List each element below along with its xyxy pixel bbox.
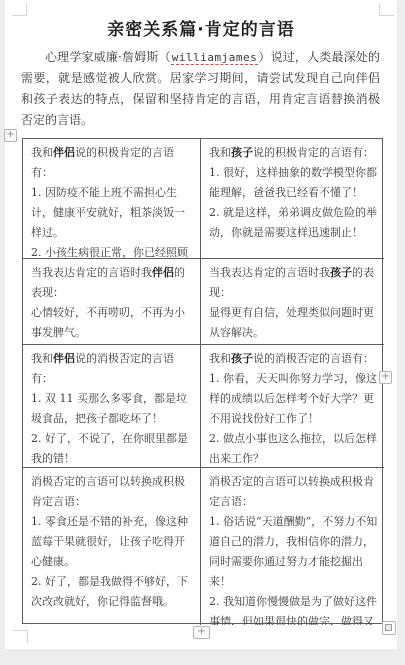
cell-heading-text: 我和 <box>209 352 231 365</box>
cell-heading-text: 消极否定的言语可以转换成积极肯定言语： <box>209 475 374 508</box>
table-cell-child-negative[interactable]: 我和孩子说的消极否定的言语有： 1. 你看，天天叫你努力学习，像这样的成绩以后怎… <box>201 345 384 468</box>
cell-heading-text: 说的积极肯定的言语有： <box>253 146 374 159</box>
cell-line: 1. 很好，这样抽象的数学模型你都能理解，爸爸我已经看不懂了！ <box>209 163 378 203</box>
margin-crop-mark <box>379 3 394 16</box>
cell-heading: 消极否定的言语可以转换成积极肯定言语： <box>31 472 194 512</box>
table-insert-plus-bottom-icon[interactable]: + <box>193 626 210 639</box>
cell-line: 1. 俗话说“天道酬勤”，不努力不知道自己的潜力，我相信你的潜力，同时需要你通过… <box>209 512 378 592</box>
cell-heading: 当我表达肯定的言语时我伴侣的表现： <box>31 263 194 303</box>
cell-heading-bold: 孩子 <box>330 266 352 279</box>
cell-line: 1. 零食还是不错的补充，像这种蓝莓干果就很好，让孩子吃得开心健康。 <box>31 512 194 572</box>
table-cell-child-positive[interactable]: 我和孩子说的积极肯定的言语有： 1. 很好，这样抽象的数学模型你都能理解，爸爸我… <box>201 139 384 259</box>
cell-line: 2. 好了，都是我做得不够好，下次改改就好，你记得监督哦。 <box>31 572 194 612</box>
cell-heading-text: 消极否定的言语可以转换成积极肯定言语： <box>31 475 185 508</box>
cell-heading: 消极否定的言语可以转换成积极肯定言语： <box>209 472 378 512</box>
table-insert-plus-right-icon[interactable]: + <box>379 371 392 384</box>
spellcheck-underlined-word: williamjames <box>171 51 258 65</box>
cell-line: 1. 因防疫不能上班不需担心生计，健康平安就好，粗茶淡饭一样过。 <box>31 183 194 243</box>
cell-heading-text: 我和 <box>31 352 53 365</box>
cell-line: 2. 好了，不说了，在你眼里都是我的错！ <box>31 429 194 468</box>
intro-paragraph: 心理学家威廉·詹姆斯（williamjames）说过，人类最深处的需要，就是感觉… <box>21 47 380 131</box>
cell-heading-bold: 伴侣 <box>53 146 75 159</box>
cell-heading-bold: 伴侣 <box>53 352 75 365</box>
cell-heading: 我和孩子说的消极否定的言语有： <box>209 349 378 369</box>
table-resize-handle-icon[interactable] <box>382 621 396 635</box>
table-move-handle-icon[interactable]: + <box>4 129 17 142</box>
cell-line: 1. 双 11 买那么多零食，都是垃圾食品，把孩子都吃坏了！ <box>31 389 194 429</box>
cell-line: 显得更有自信，处理类似问题时更从容解决。 <box>209 303 378 343</box>
table-cell-child-reaction[interactable]: 当我表达肯定的言语时我孩子的表现： 显得更有自信，处理类似问题时更从容解决。 <box>201 259 384 345</box>
practice-table: 我和伴侣说的积极肯定的言语有： 1. 因防疫不能上班不需担心生计，健康平安就好，… <box>22 138 383 624</box>
margin-crop-mark <box>13 630 28 643</box>
cell-heading: 当我表达肯定的言语时我孩子的表现： <box>209 263 378 303</box>
cell-line: 2. 我知道你慢慢做是为了做好这件事情，但如果很快的做完，做得又好，那不是更完美… <box>209 592 378 625</box>
table-cell-partner-positive[interactable]: 我和伴侣说的积极肯定的言语有： 1. 因防疫不能上班不需担心生计，健康平安就好，… <box>23 139 201 259</box>
table-cell-partner-reaction[interactable]: 当我表达肯定的言语时我伴侣的表现： 心情较好，不再唠叨，不再为小事发脾气。 <box>23 259 201 345</box>
cell-line: 2. 小孩生病很正常，你已经照顾得很细致，生病本来就是小孩构建免疫系统的必需过程… <box>31 243 194 259</box>
cell-heading-bold: 伴侣 <box>152 266 174 279</box>
cell-heading-bold: 孩子 <box>231 352 253 365</box>
cell-heading: 我和孩子说的积极肯定的言语有： <box>209 143 378 163</box>
cell-heading-text: 我和 <box>209 146 231 159</box>
cell-heading: 我和伴侣说的积极肯定的言语有： <box>31 143 194 183</box>
table-cell-partner-convert[interactable]: 消极否定的言语可以转换成积极肯定言语： 1. 零食还是不错的补充，像这种蓝莓干果… <box>23 468 201 625</box>
margin-crop-mark <box>12 3 27 16</box>
document-page: 亲密关系篇·肯定的言语 心理学家威廉·詹姆斯（williamjames）说过，人… <box>5 0 397 649</box>
table-cell-child-convert[interactable]: 消极否定的言语可以转换成积极肯定言语： 1. 俗话说“天道酬勤”，不努力不知道自… <box>201 468 384 625</box>
table-cell-partner-negative[interactable]: 我和伴侣说的消极否定的言语有： 1. 双 11 买那么多零食，都是垃圾食品，把孩… <box>23 345 201 468</box>
cell-heading: 我和伴侣说的消极否定的言语有： <box>31 349 194 389</box>
cell-heading-text: 当我表达肯定的言语时我 <box>209 266 330 279</box>
cell-heading-bold: 孩子 <box>231 146 253 159</box>
resize-square-icon <box>385 624 392 631</box>
cell-line: 2. 就是这样，弟弟调皮做危险的举动，你就是需要这样迅速制止！ <box>209 203 378 243</box>
page-title: 亲密关系篇·肯定的言语 <box>15 15 387 40</box>
cell-line: 2. 做点小事也这么拖拉，以后怎样出来工作？ <box>209 429 378 468</box>
cell-line: 心情较好，不再唠叨，不再为小事发脾气。 <box>31 303 194 343</box>
intro-text-pre: 心理学家威廉·詹姆斯（ <box>45 50 171 64</box>
cell-heading-text: 说的消极否定的言语有： <box>253 352 374 365</box>
cell-heading-text: 我和 <box>31 146 53 159</box>
cell-heading-text: 当我表达肯定的言语时我 <box>31 266 152 279</box>
cell-line: 1. 你看，天天叫你努力学习，像这样的成绩以后怎样考个好大学？更不用说找份好工作… <box>209 369 378 429</box>
